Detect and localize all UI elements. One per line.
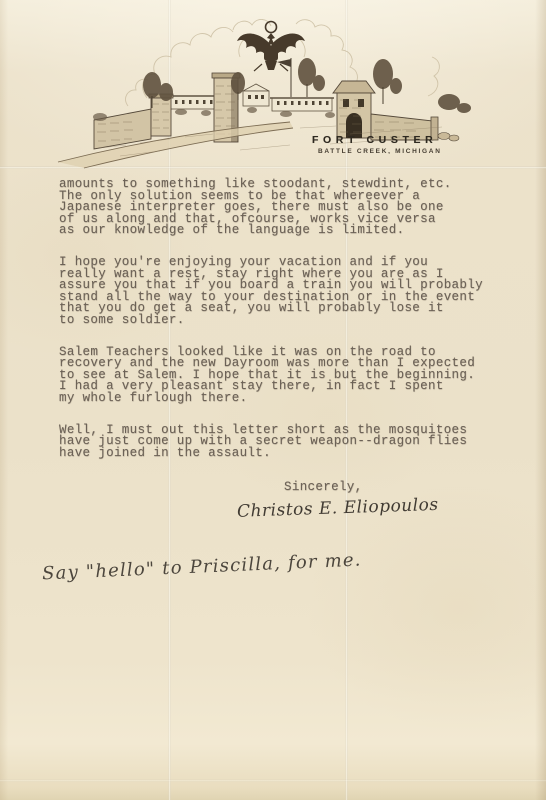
fold-crease-bottom <box>0 779 546 782</box>
letterhead-location: BATTLE CREEK, MICHIGAN <box>318 148 442 155</box>
letterhead-fort-name: FORT CUSTER <box>312 134 437 146</box>
postscript-handwritten: Say "hello" to Priscilla, for me. <box>42 549 383 585</box>
flag-and-pole <box>277 58 291 97</box>
signature-handwritten: Christos E. Eliopoulos <box>237 494 458 522</box>
paragraph-interpreters: amounts to something like stoodant, stew… <box>59 179 525 237</box>
fort-custer-illustration <box>0 0 546 170</box>
paragraph-mosquitoes: Well, I must out this letter short as th… <box>59 425 525 460</box>
letter-page: FORT CUSTER BATTLE CREEK, MICHIGAN amoun… <box>0 0 546 800</box>
paragraph-salem: Salem Teachers looked like it was on the… <box>59 347 525 405</box>
us-army-eagle-crest-icon <box>237 22 305 72</box>
barracks-buildings <box>168 84 334 111</box>
letter-body: amounts to something like stoodant, stew… <box>59 179 525 479</box>
closing-sincerely: Sincerely, <box>284 480 363 494</box>
letterhead: FORT CUSTER BATTLE CREEK, MICHIGAN <box>0 0 546 170</box>
paragraph-vacation: I hope you're enjoying your vacation and… <box>59 257 525 327</box>
